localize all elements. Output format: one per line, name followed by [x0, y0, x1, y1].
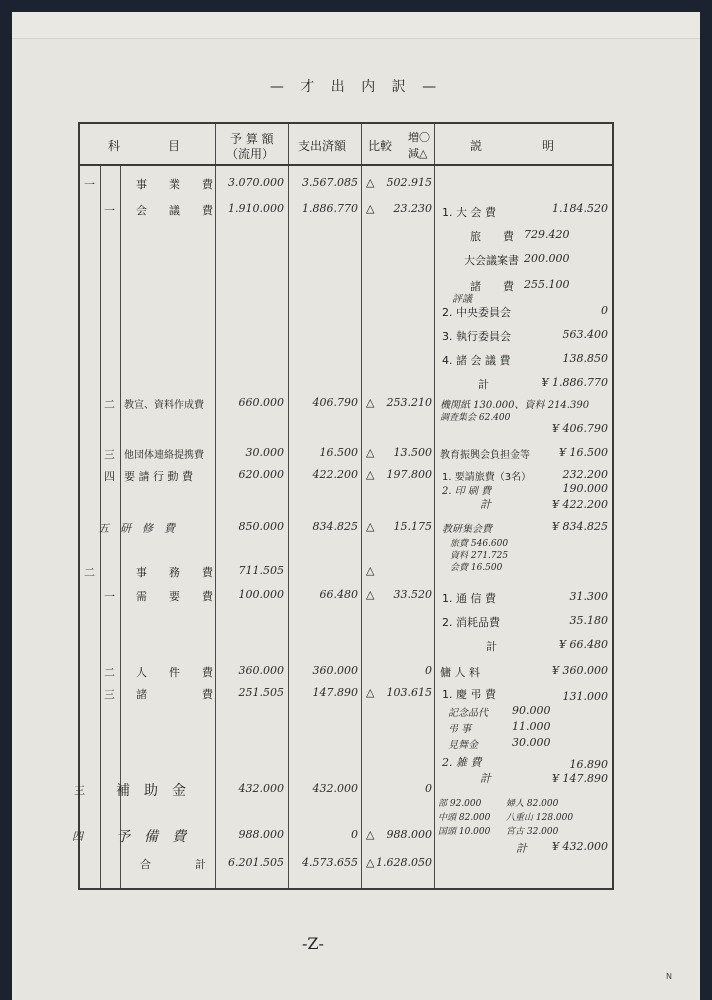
row-name: 教宣、資料作成費 — [124, 396, 204, 411]
desc-label: 国頭 10.000 — [438, 824, 490, 837]
row-diff: 13.500 — [376, 446, 432, 459]
desc-total-value: ¥ 834.825 — [520, 520, 608, 533]
row-diff: 15.175 — [376, 520, 432, 533]
document-page: — 才 出 内 訳 — 科 目 予 算 額 （流用） 支出済額 比較 増〇 減△… — [12, 12, 700, 1000]
desc-total-label: 計 — [486, 638, 497, 654]
desc-value: ¥ 16.500 — [540, 446, 608, 459]
row-spent: 3.567.085 — [292, 176, 358, 189]
row-diff: 0 — [376, 782, 432, 795]
col-divider-spent — [288, 124, 289, 888]
row-diff: 502.915 — [376, 176, 432, 189]
row-budget: 620.000 — [220, 468, 284, 481]
total-label: 合 計 — [140, 856, 206, 872]
row-name: 予 備 費 — [116, 826, 186, 846]
row-name: 事 業 費 — [136, 176, 213, 192]
desc-value: 30.000 — [512, 736, 551, 749]
desc-value: 35.180 — [540, 614, 608, 627]
total-diff: 1.628.050 — [374, 856, 432, 869]
row-mark: △ — [366, 564, 374, 577]
row-mark: △ — [366, 686, 374, 699]
desc-label: 1. 大 会 費 — [442, 204, 496, 220]
row-budget: 100.000 — [220, 588, 284, 601]
desc-value: 232.200 — [540, 468, 608, 481]
desc-label: 宮古 32.000 — [506, 824, 558, 837]
row-name: 補 助 金 — [116, 780, 186, 800]
desc-value: 729.420 — [524, 228, 570, 241]
desc-value: 11.000 — [512, 720, 551, 733]
row-budget: 30.000 — [220, 446, 284, 459]
desc-value: 16.890 — [540, 758, 608, 771]
header-compare: 比較 — [368, 137, 392, 154]
row-name: 人 件 費 — [136, 664, 213, 680]
row-spent: 406.790 — [292, 396, 358, 409]
col-divider-compare — [361, 124, 362, 888]
row-spent: 360.000 — [292, 664, 358, 677]
desc-label: 旅 費 — [470, 228, 514, 244]
row-budget: 251.505 — [220, 686, 284, 699]
row-mark: △ — [366, 202, 374, 215]
row-mark: △ — [366, 176, 374, 189]
row-diff: 197.800 — [376, 468, 432, 481]
row-budget: 1.910.000 — [220, 202, 284, 215]
row-name: 他団体連絡提携費 — [124, 446, 204, 461]
desc-total-value: ¥ 360.000 — [520, 664, 608, 677]
row-budget: 850.000 — [220, 520, 284, 533]
row-mark: △ — [366, 828, 374, 841]
desc-label: 2. 消耗品費 — [442, 614, 500, 630]
header-spent: 支出済額 — [298, 137, 346, 154]
row-level2: 四 — [104, 468, 115, 484]
desc-value: 200.000 — [524, 252, 570, 265]
header-budget-note: （流用） — [226, 145, 274, 162]
row-level1: 四 — [72, 828, 83, 844]
row-budget: 988.000 — [220, 828, 284, 841]
row-name: 諸 費 — [136, 686, 213, 702]
row-spent: 147.890 — [292, 686, 358, 699]
desc-value: 563.400 — [540, 328, 608, 341]
desc-label: 1. 要請旅費（3名） — [442, 468, 531, 483]
row-spent: 422.200 — [292, 468, 358, 481]
page-top-strip — [12, 12, 700, 39]
row-budget: 660.000 — [220, 396, 284, 409]
row-mark: △ — [366, 468, 374, 481]
desc-total-value: ¥ 147.890 — [520, 772, 608, 785]
col-divider-budget — [215, 124, 216, 888]
row-name: 事 務 費 — [136, 564, 213, 580]
row-budget: 3.070.000 — [220, 176, 284, 189]
row-diff: 23.230 — [376, 202, 432, 215]
row-name: 需 要 費 — [136, 588, 213, 604]
row-level2: 三 — [104, 686, 115, 702]
row-level2: 五 — [98, 520, 109, 536]
total-spent: 4.573.655 — [292, 856, 358, 869]
desc-label: 1. 慶 弔 費 — [442, 686, 496, 702]
desc-total-label: 計 — [480, 770, 491, 786]
desc-label: 傭 人 料 — [440, 664, 480, 680]
row-spent: 0 — [292, 828, 358, 841]
row-budget: 360.000 — [220, 664, 284, 677]
row-level2: 二 — [104, 396, 115, 412]
col-divider-desc — [434, 124, 435, 888]
desc-value: 138.850 — [540, 352, 608, 365]
desc-label: 会費 16.500 — [450, 560, 502, 573]
row-level2: 三 — [104, 446, 115, 462]
row-spent: 16.500 — [292, 446, 358, 459]
desc-label: 1. 通 信 費 — [442, 590, 496, 606]
row-spent: 66.480 — [292, 588, 358, 601]
row-spent: 834.825 — [292, 520, 358, 533]
desc-total-value: ¥ 66.480 — [520, 638, 608, 651]
desc-total-value: ¥ 432.000 — [520, 840, 608, 853]
desc-total-value: ¥ 406.790 — [520, 422, 608, 435]
desc-label: 八重山 128.000 — [506, 810, 573, 823]
desc-label: 弔 事 — [448, 720, 471, 735]
row-spent: 432.000 — [292, 782, 358, 795]
desc-label: 調査集会 62.400 — [440, 410, 510, 423]
row-budget: 432.000 — [220, 782, 284, 795]
desc-value: 31.300 — [540, 590, 608, 603]
desc-label: 2. 雑 費 — [442, 754, 482, 770]
row-level1: 一 — [84, 176, 95, 192]
row-level1: 二 — [84, 564, 95, 580]
desc-total-label: 計 — [480, 496, 491, 512]
desc-label: 2. 印 刷 費 — [442, 482, 491, 497]
row-level1: 三 — [74, 782, 85, 798]
row-mark: △ — [366, 588, 374, 601]
corner-mark: N — [666, 972, 672, 981]
desc-label: 部 92.000 — [438, 796, 481, 809]
desc-label: 教研集会費 — [442, 520, 492, 535]
desc-label: 見舞金 — [448, 736, 478, 751]
desc-total-label: 計 — [478, 376, 489, 392]
desc-label: 大会議案書 — [464, 252, 519, 268]
row-name: 要 請 行 動 費 — [124, 468, 193, 484]
desc-label: 教育振興会負担金等 — [440, 446, 530, 461]
page-title: — 才 出 内 訳 — — [12, 76, 700, 96]
desc-total-value: ¥ 422.200 — [520, 498, 608, 511]
desc-label: 3. 執行委員会 — [442, 328, 511, 344]
desc-label: 諸 費 — [470, 278, 514, 294]
desc-label: 2. 中央委員会 — [442, 304, 511, 320]
page-number: -Z- — [302, 934, 324, 953]
desc-value: 131.000 — [540, 690, 608, 703]
desc-value: 90.000 — [512, 704, 551, 717]
desc-label: 4. 諸 会 議 費 — [442, 352, 510, 368]
row-level2: 二 — [104, 664, 115, 680]
desc-value: 1.184.520 — [540, 202, 608, 215]
desc-label: 中頭 82.000 — [438, 810, 490, 823]
header-subject: 科 目 — [108, 137, 180, 154]
desc-value: 255.100 — [524, 278, 570, 291]
row-diff: 0 — [376, 664, 432, 677]
desc-value: 0 — [540, 304, 608, 317]
row-level2: 一 — [104, 202, 115, 218]
row-spent: 1.886.770 — [292, 202, 358, 215]
expenditure-table: 科 目 予 算 額 （流用） 支出済額 比較 増〇 減△ 説 明 一 事 業 費… — [78, 122, 614, 890]
row-name: 研 修 費 — [120, 520, 175, 536]
desc-label: 機関紙 130.000、資料 214.390 — [440, 396, 589, 411]
desc-value: 190.000 — [540, 482, 608, 495]
row-diff: 988.000 — [376, 828, 432, 841]
total-budget: 6.201.505 — [220, 856, 284, 869]
table-header: 科 目 予 算 額 （流用） 支出済額 比較 増〇 減△ 説 明 — [80, 124, 612, 166]
header-compare-inc: 増〇 — [408, 129, 430, 145]
desc-label: 記念品代 — [448, 704, 488, 719]
row-level2: 一 — [104, 588, 115, 604]
row-budget: 711.505 — [220, 564, 284, 577]
header-compare-dec: 減△ — [408, 145, 427, 161]
row-diff: 33.520 — [376, 588, 432, 601]
row-diff: 253.210 — [376, 396, 432, 409]
row-mark: △ — [366, 396, 374, 409]
desc-label: 婦人 82.000 — [506, 796, 558, 809]
desc-total-value: ¥ 1.886.770 — [520, 376, 608, 389]
header-description: 説 明 — [470, 137, 554, 154]
row-diff: 103.615 — [376, 686, 432, 699]
row-mark: △ — [366, 446, 374, 459]
row-name: 会 議 費 — [136, 202, 213, 218]
handwritten-correction: 評議 — [452, 290, 472, 305]
row-mark: △ — [366, 520, 374, 533]
